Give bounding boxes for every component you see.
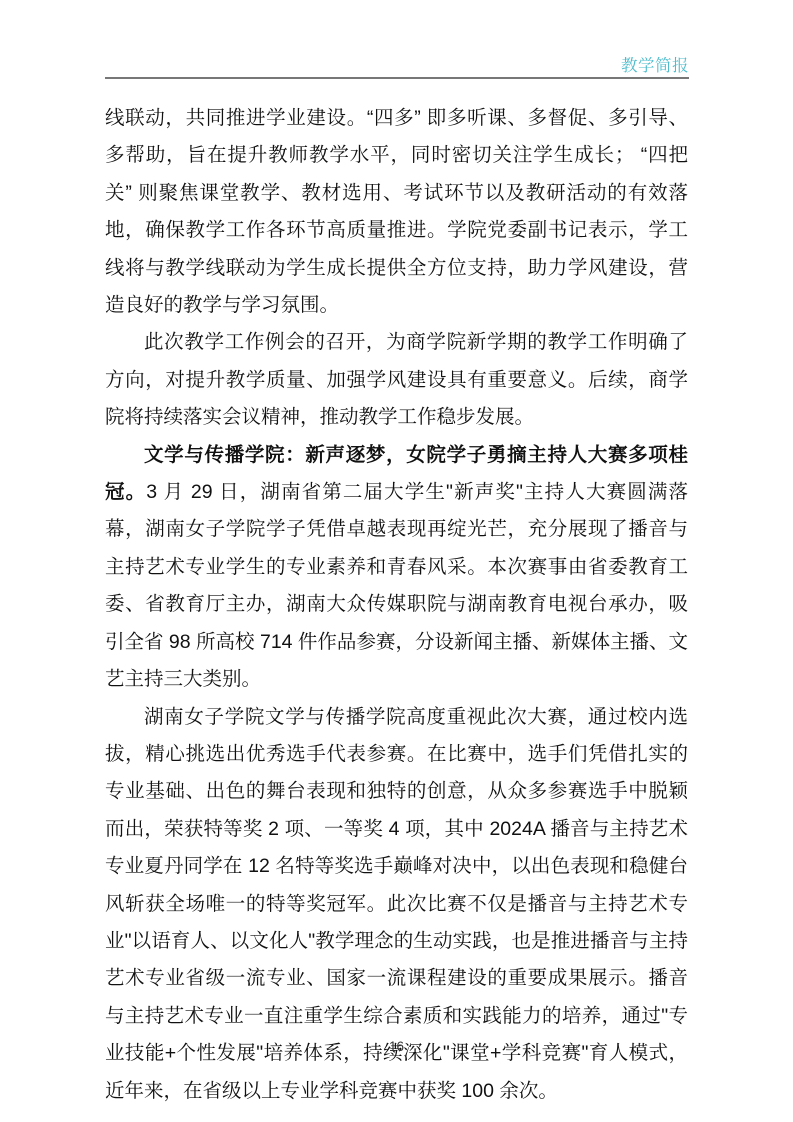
paragraph-2: 此次教学工作例会的召开，为商学院新学期的教学工作明确了方向，对提升教学质量、加强… bbox=[105, 324, 688, 436]
paragraph-3-text: 3 月 29 日，湖南省第二届大学生"新声奖"主持人大赛圆满落幕，湖南女子学院学… bbox=[105, 481, 688, 690]
header-rule bbox=[105, 77, 689, 79]
paragraph-1: 线联动，共同推进学业建设。“四多” 即多听课、多督促、多引导、多帮助，旨在提升教… bbox=[105, 100, 688, 324]
header-title: 教学简报 bbox=[621, 55, 689, 77]
paragraph-1-text: 线联动，共同推进学业建设。“四多” 即多听课、多督促、多引导、多帮助，旨在提升教… bbox=[105, 107, 688, 316]
paragraph-2-text: 此次教学工作例会的召开，为商学院新学期的教学工作明确了方向，对提升教学质量、加强… bbox=[105, 331, 688, 428]
document-page: 教学简报 线联动，共同推进学业建设。“四多” 即多听课、多督促、多引导、多帮助，… bbox=[0, 0, 793, 1122]
paragraph-3: 文学与传播学院：新声逐梦，女院学子勇摘主持人大赛多项桂冠。3 月 29 日，湖南… bbox=[105, 437, 688, 699]
page-footer: 16 bbox=[0, 1039, 793, 1054]
document-body: 线联动，共同推进学业建设。“四多” 即多听课、多督促、多引导、多帮助，旨在提升教… bbox=[105, 100, 688, 1110]
page-number: 16 bbox=[389, 1039, 404, 1054]
